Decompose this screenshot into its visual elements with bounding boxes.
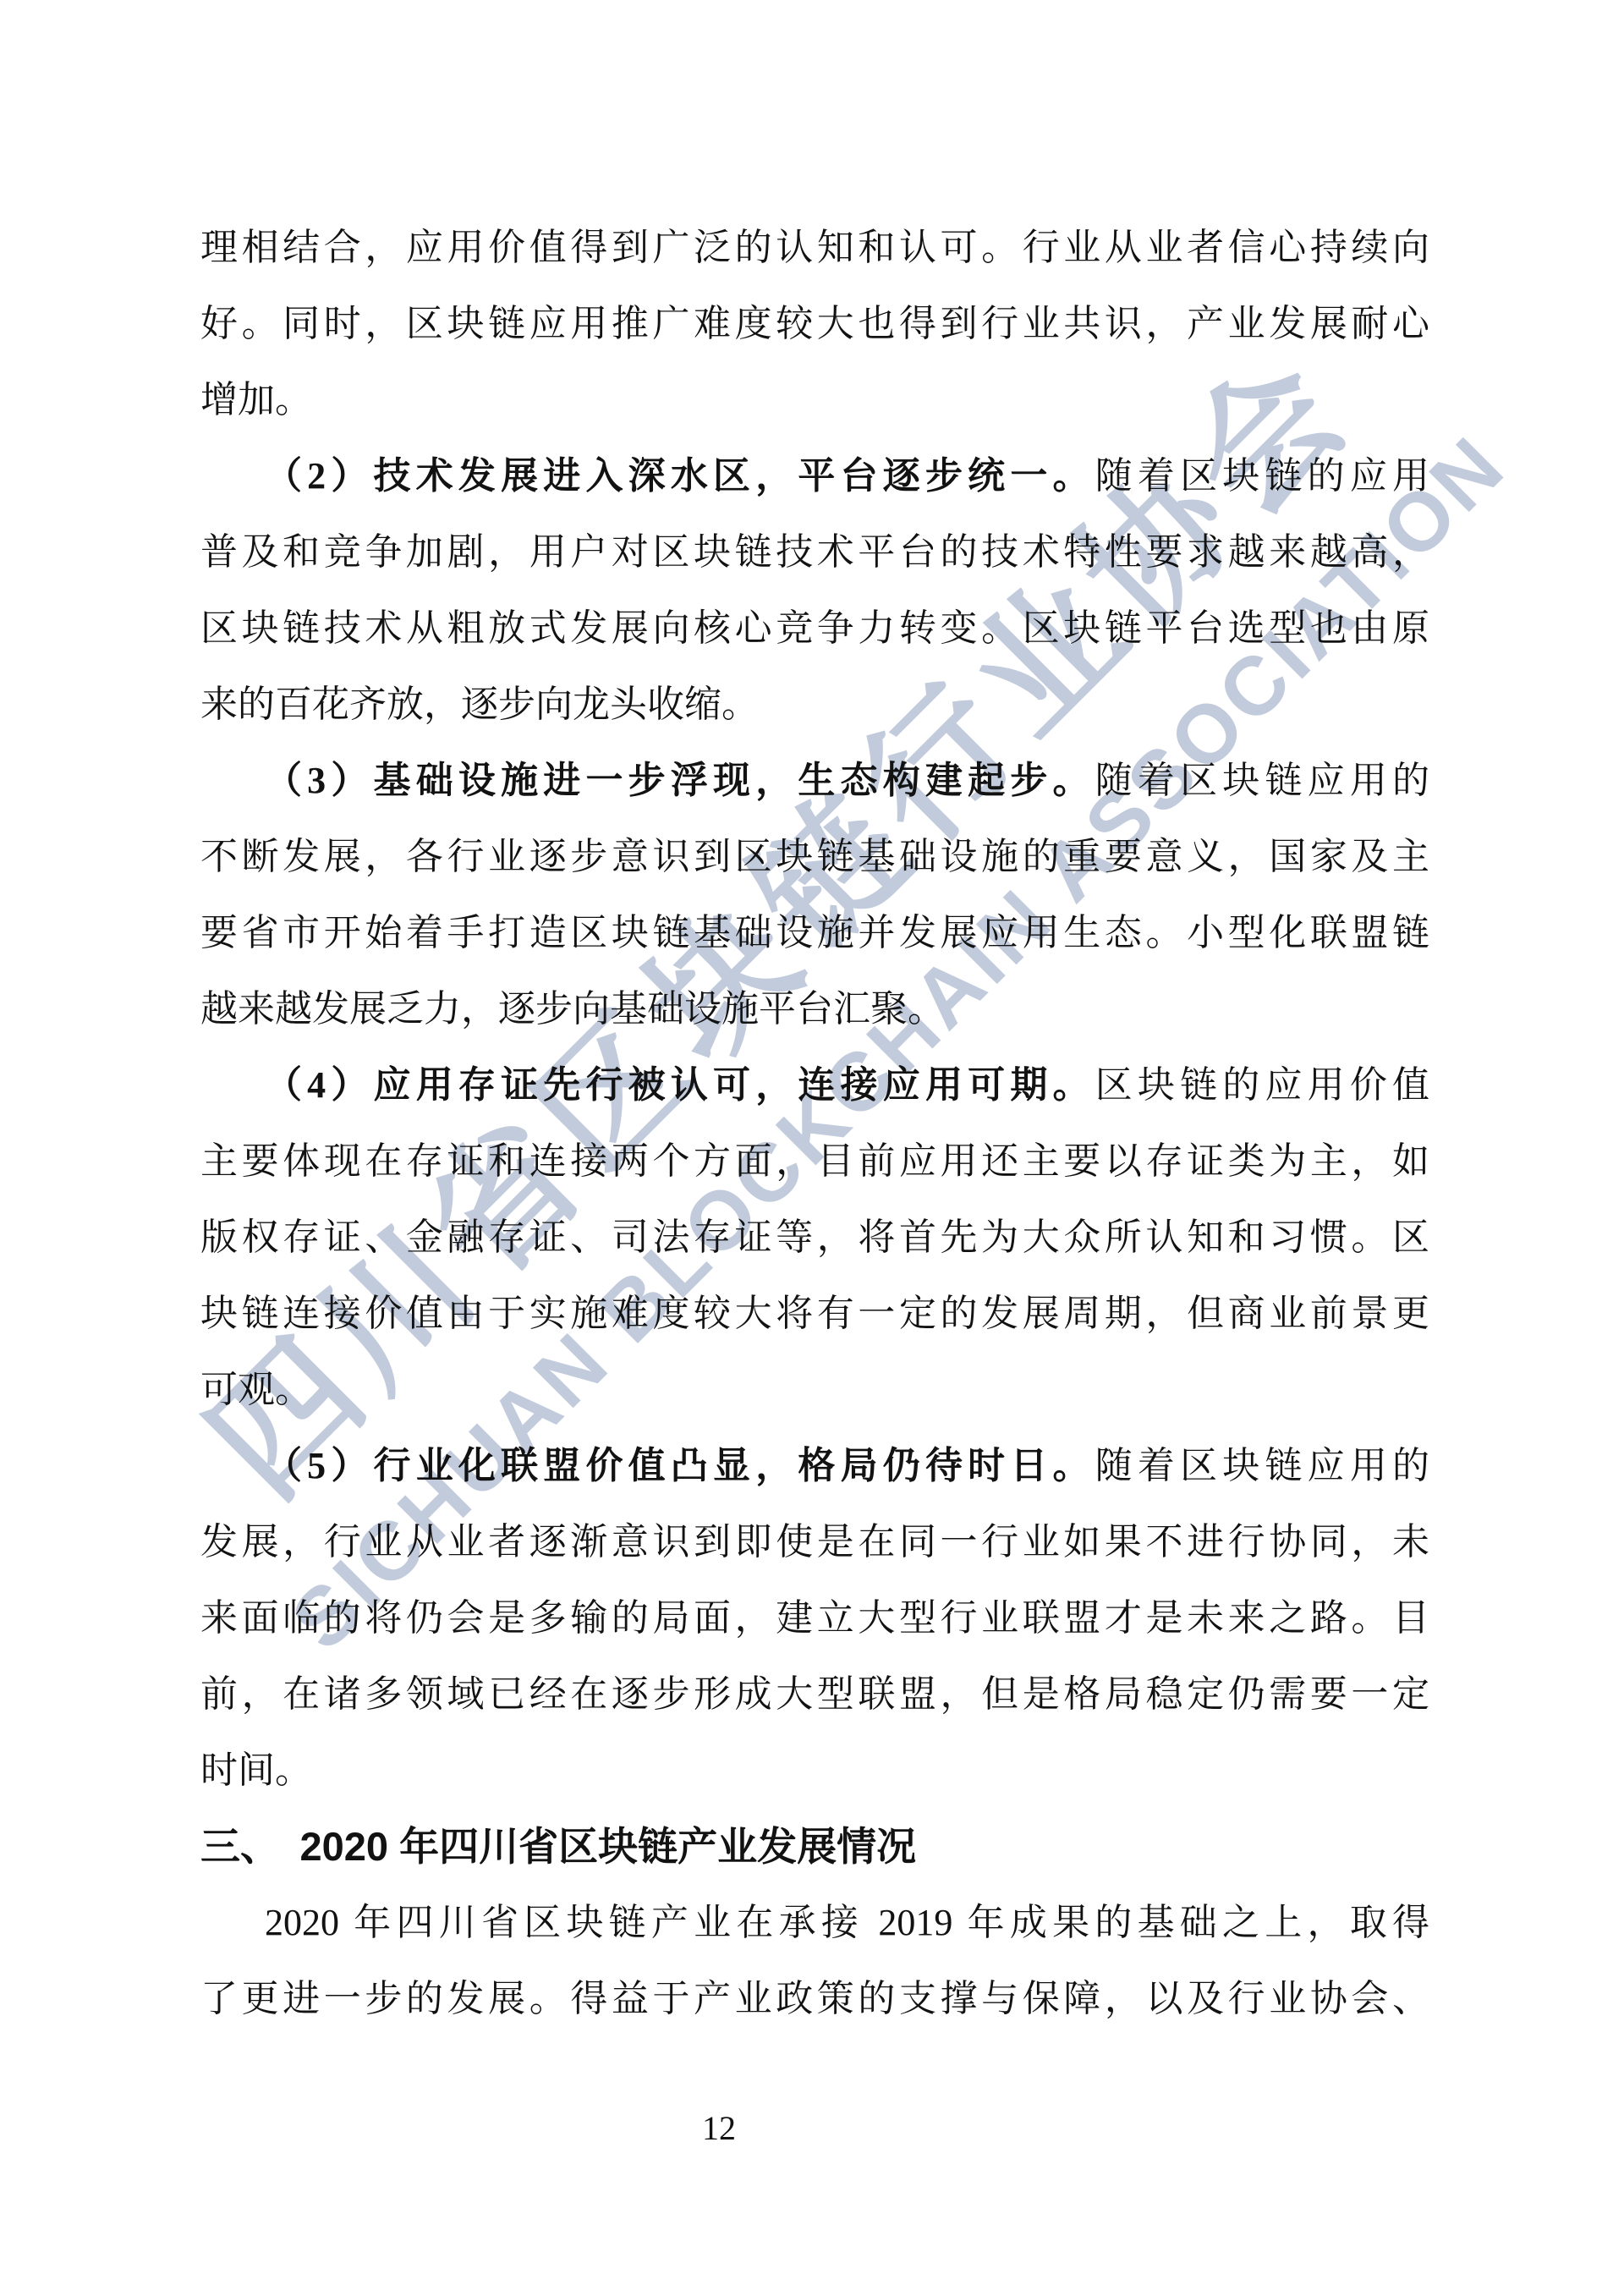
text-line: 来面临的将仍会是多输的局面，建立大型行业联盟才是未来之路。目 xyxy=(200,1580,1429,1656)
text-line: 版权存证、金融存证、司法存证等，将首先为大众所认知和习惯。区 xyxy=(200,1200,1429,1276)
text-line: 不断发展，各行业逐步意识到区块链基础设施的重要意义，国家及主 xyxy=(200,819,1429,895)
text-line: 越来越发展乏力，逐步向基础设施平台汇聚。 xyxy=(200,971,1429,1047)
text-segment: 越来越发展乏力，逐步向基础设施平台汇聚。 xyxy=(200,988,945,1030)
text-segment: 块链连接价值由于实施难度较大将有一定的发展周期，但商业前景更 xyxy=(200,1293,1429,1334)
text-line: 区块链技术从粗放式发展向核心竞争力转变。区块链平台选型也由原 xyxy=(200,590,1429,667)
text-line: 主要体现在存证和连接两个方面，目前应用还主要以存证类为主，如 xyxy=(200,1123,1429,1200)
text-segment: 不断发展，各行业逐步意识到区块链基础设施的重要意义，国家及主 xyxy=(200,836,1429,877)
text-segment: 理相结合，应用价值得到广泛的认知和认可。行业从业者信心持续向 xyxy=(200,227,1429,268)
text-line: 要省市开始着手打造区块链基础设施并发展应用生态。小型化联盟链 xyxy=(200,895,1429,971)
page-footer: 12 xyxy=(0,2108,1438,2148)
text-segment: 随着区块链应用的 xyxy=(1095,760,1429,801)
text-segment: 随着区块链的应用 xyxy=(1095,455,1429,497)
text-line: 时间。 xyxy=(200,1733,1429,1809)
text-line: 可观。 xyxy=(200,1352,1429,1428)
text-line: 2020 年四川省区块链产业在承接 2019 年成果的基础之上，取得 xyxy=(200,1885,1429,1961)
text-segment: 来的百花齐放，逐步向龙头收缩。 xyxy=(200,684,759,725)
page-number: 12 xyxy=(702,2109,736,2147)
text-segment: 发展，行业从业者逐渐意识到即使是在同一行业如果不进行协同，未 xyxy=(200,1521,1429,1563)
text-line: 了更进一步的发展。得益于产业政策的支撑与保障，以及行业协会、 xyxy=(200,1961,1429,2037)
text-segment: 要省市开始着手打造区块链基础设施并发展应用生态。小型化联盟链 xyxy=(200,912,1429,953)
text-segment: 区块链的应用价值 xyxy=(1095,1064,1429,1106)
text-segment: 可观。 xyxy=(200,1369,312,1410)
section-heading: 三、 2020 年四川省区块链产业发展情况 xyxy=(200,1809,1429,1885)
text-segment: 前，在诸多领域已经在逐步形成大型联盟，但是格局稳定仍需要一定 xyxy=(200,1673,1429,1715)
text-segment: 了更进一步的发展。得益于产业政策的支撑与保障，以及行业协会、 xyxy=(200,1978,1429,2019)
text-segment: 好。同时，区块链应用推广难度较大也得到行业共识，产业发展耐心 xyxy=(200,303,1429,344)
bold-text-segment: （4）应用存证先行被认可，连接应用可期。 xyxy=(265,1064,1095,1106)
text-segment: 普及和竞争加剧，用户对区块链技术平台的技术特性要求越来越高， xyxy=(200,531,1429,573)
text-line: 发展，行业从业者逐渐意识到即使是在同一行业如果不进行协同，未 xyxy=(200,1504,1429,1580)
text-segment: 2020 年四川省区块链产业在承接 2019 年成果的基础之上，取得 xyxy=(265,1902,1429,1943)
text-segment: 主要体现在存证和连接两个方面，目前应用还主要以存证类为主，如 xyxy=(200,1140,1429,1182)
text-segment: 区块链技术从粗放式发展向核心竞争力转变。区块链平台选型也由原 xyxy=(200,607,1429,649)
text-line: （4）应用存证先行被认可，连接应用可期。区块链的应用价值 xyxy=(200,1047,1429,1123)
document-page: 四川省区块链行业协会 SICHUAN BLOCKCHAIN ASSOCIATIO… xyxy=(0,0,1624,2296)
text-segment: 时间。 xyxy=(200,1749,312,1791)
text-line: 块链连接价值由于实施难度较大将有一定的发展周期，但商业前景更 xyxy=(200,1276,1429,1352)
text-line: 好。同时，区块链应用推广难度较大也得到行业共识，产业发展耐心 xyxy=(200,286,1429,362)
document-body: 理相结合，应用价值得到广泛的认知和认可。行业从业者信心持续向好。同时，区块链应用… xyxy=(200,210,1429,2037)
text-line: 理相结合，应用价值得到广泛的认知和认可。行业从业者信心持续向 xyxy=(200,210,1429,286)
bold-text-segment: （5）行业化联盟价值凸显，格局仍待时日。 xyxy=(265,1445,1095,1486)
text-segment: 来面临的将仍会是多输的局面，建立大型行业联盟才是未来之路。目 xyxy=(200,1597,1429,1639)
bold-text-segment: 三、 2020 年四川省区块链产业发展情况 xyxy=(200,1824,916,1869)
text-line: （3）基础设施进一步浮现，生态构建起步。随着区块链应用的 xyxy=(200,743,1429,819)
text-line: （5）行业化联盟价值凸显，格局仍待时日。随着区块链应用的 xyxy=(200,1428,1429,1504)
bold-text-segment: （2）技术发展进入深水区，平台逐步统一。 xyxy=(265,455,1095,497)
text-line: 增加。 xyxy=(200,362,1429,438)
text-line: 来的百花齐放，逐步向龙头收缩。 xyxy=(200,667,1429,743)
text-segment: 版权存证、金融存证、司法存证等，将首先为大众所认知和习惯。区 xyxy=(200,1217,1429,1258)
bold-text-segment: （3）基础设施进一步浮现，生态构建起步。 xyxy=(265,760,1095,801)
text-segment: 随着区块链应用的 xyxy=(1095,1445,1429,1486)
text-line: 前，在诸多领域已经在逐步形成大型联盟，但是格局稳定仍需要一定 xyxy=(200,1656,1429,1733)
text-segment: 增加。 xyxy=(200,379,312,420)
text-line: 普及和竞争加剧，用户对区块链技术平台的技术特性要求越来越高， xyxy=(200,514,1429,590)
text-line: （2）技术发展进入深水区，平台逐步统一。随着区块链的应用 xyxy=(200,438,1429,514)
